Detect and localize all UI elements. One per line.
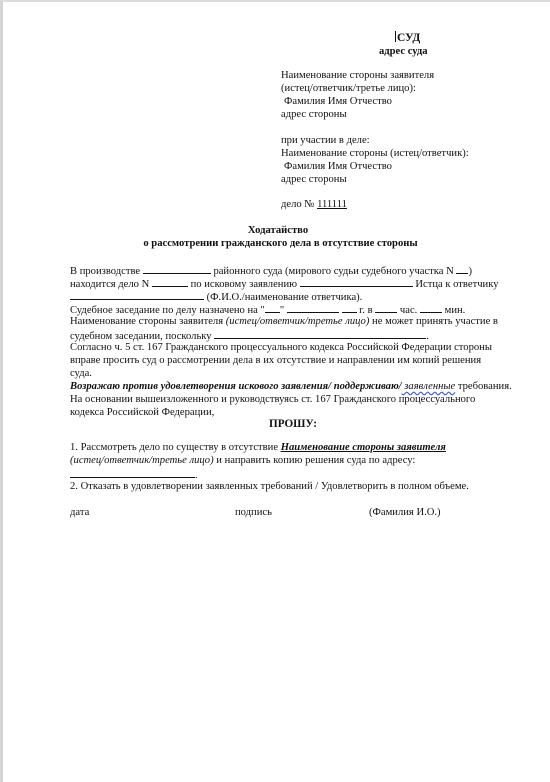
text: (истец/ответчик/третье лицо) bbox=[70, 455, 214, 466]
text: Возражаю против удовлетворения искового … bbox=[70, 381, 402, 392]
case-number-line: дело № 111111 bbox=[281, 199, 347, 211]
text: Истца к ответчику bbox=[415, 279, 498, 290]
spellcheck-text: заявленные bbox=[402, 381, 456, 392]
body-line-11: На основании вышеизложенного и руководст… bbox=[70, 394, 475, 407]
text: судебном заседании, поскольку bbox=[70, 331, 212, 342]
signature-date: дата bbox=[70, 507, 89, 519]
case-number-blank[interactable] bbox=[152, 277, 188, 287]
court-name-blank[interactable] bbox=[143, 264, 211, 274]
text: Судебное заседание по делу назначено на … bbox=[70, 305, 265, 316]
address-blank[interactable] bbox=[70, 468, 195, 478]
applicant-role: (истец/ответчик/третье лицо): bbox=[281, 83, 416, 95]
text: г. в bbox=[359, 305, 372, 316]
case-number: 111111 bbox=[317, 199, 347, 210]
text: (истец/ответчик/третье лицо) bbox=[226, 316, 370, 327]
text: Наименование стороны заявителя bbox=[70, 316, 223, 327]
request-item-1: 1. Рассмотреть дело по существу в отсутс… bbox=[70, 442, 446, 455]
body-line-5: Наименование стороны заявителя (истец/от… bbox=[70, 316, 498, 329]
defendant-blank[interactable] bbox=[70, 290, 204, 300]
hour-blank[interactable] bbox=[375, 303, 397, 313]
signature-name: (Фамилия И.О.) bbox=[369, 507, 441, 519]
text: час. bbox=[400, 305, 417, 316]
signature-sign: подпись bbox=[235, 507, 272, 519]
document-subtitle: о рассмотрении гражданского дела в отсут… bbox=[3, 238, 550, 250]
request-heading: ПРОШУ: bbox=[269, 418, 317, 430]
document-title: Ходатайство bbox=[3, 225, 550, 237]
body-line-12: кодекса Российской Федерации, bbox=[70, 407, 214, 420]
year-blank[interactable] bbox=[342, 303, 357, 313]
text: В производстве bbox=[70, 266, 140, 277]
body-line-10: Возражаю против удовлетворения искового … bbox=[70, 381, 512, 394]
participant-address: адрес стороны bbox=[281, 174, 347, 186]
text: ) bbox=[468, 266, 472, 277]
applicant-address: адрес стороны bbox=[281, 109, 347, 121]
request-item-2: 2. Отказать в удовлетворении заявленных … bbox=[70, 481, 469, 494]
applicant-name-ref: Наименование стороны заявителя bbox=[281, 442, 446, 453]
text: районного суда (мирового судьи судебного… bbox=[213, 266, 453, 277]
court-section-blank[interactable] bbox=[456, 264, 468, 274]
text-cursor bbox=[395, 31, 396, 42]
text: требования. bbox=[455, 381, 512, 392]
text: находится дело N bbox=[70, 279, 149, 290]
text: по исковому заявлению bbox=[191, 279, 297, 290]
text: 1. Рассмотреть дело по существу в отсутс… bbox=[70, 442, 281, 453]
text: . bbox=[426, 331, 429, 342]
text: (Ф.И.О./наименование ответчика). bbox=[207, 292, 363, 303]
court-title[interactable]: СУД bbox=[395, 31, 420, 44]
body-line-7: Согласно ч. 5 ст. 167 Гражданского проце… bbox=[70, 342, 492, 355]
court-title-text: СУД bbox=[397, 32, 420, 44]
request-item-1-cont: (истец/ответчик/третье лицо) и направить… bbox=[70, 455, 415, 468]
text: и направить копию решения суда по адресу… bbox=[214, 455, 416, 466]
participant-name: Фамилия Имя Отчество bbox=[284, 161, 392, 173]
document-page: СУД адрес суда Наименование стороны заяв… bbox=[0, 0, 550, 782]
month-blank[interactable] bbox=[287, 303, 339, 313]
applicant-label: Наименование стороны заявителя bbox=[281, 70, 434, 82]
text: " bbox=[280, 305, 284, 316]
text: не может принять участие в bbox=[372, 316, 498, 327]
body-line-9: суда. bbox=[70, 368, 92, 381]
day-blank[interactable] bbox=[265, 303, 280, 313]
body-line-8: вправе просить суд о рассмотрении дела в… bbox=[70, 355, 481, 368]
court-address: адрес суда bbox=[379, 46, 428, 58]
text: . bbox=[195, 470, 198, 481]
reason-blank[interactable] bbox=[214, 329, 426, 339]
minute-blank[interactable] bbox=[420, 303, 442, 313]
applicant-name: Фамилия Имя Отчество bbox=[284, 96, 392, 108]
participant-intro: при участии в деле: bbox=[281, 135, 370, 147]
text: мин. bbox=[445, 305, 466, 316]
participant-label: Наименование стороны (истец/ответчик): bbox=[281, 148, 469, 160]
case-label: дело № bbox=[281, 199, 314, 210]
claim-blank[interactable] bbox=[300, 277, 413, 287]
